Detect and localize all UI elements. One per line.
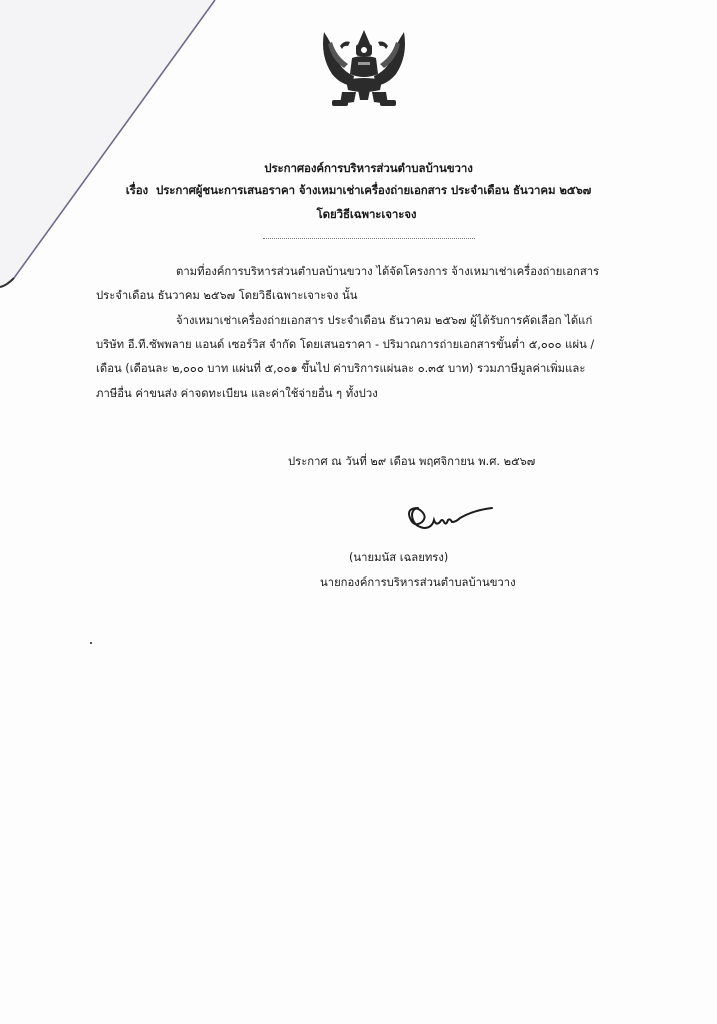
paragraph2-line1: จ้างเหมาเช่าเครื่องถ่ายเอกสาร ประจำเดือน… (176, 311, 592, 329)
garuda-emblem-icon (318, 26, 410, 116)
subject-text: ประกาศผู้ชนะการเสนอราคา จ้างเหมาเช่าเครื… (156, 183, 591, 197)
announcement-date: ประกาศ ณ วันที่ ๒๙ เดือน พฤศจิกายน พ.ศ. … (288, 452, 535, 470)
procurement-method: โดยวิธีเฉพาะเจาะจง (8, 206, 717, 224)
signatory-position: นายกองค์การบริหารส่วนตำบลบ้านขวาง (320, 573, 516, 591)
scan-speck (90, 642, 92, 644)
signatory-name: (นายมนัส เฉลยทรง) (349, 548, 448, 566)
document-page: ประกาศองค์การบริหารส่วนตำบลบ้านขวาง เรื่… (0, 0, 717, 1024)
paragraph1-line2: ประจำเดือน ธันวาคม ๒๕๖๗ โดยวิธีเฉพาะเจาะ… (96, 286, 357, 304)
page-fold-edge (0, 0, 717, 1024)
announcement-subject: เรื่องประกาศผู้ชนะการเสนอราคา จ้างเหมาเช… (0, 182, 717, 200)
paragraph1-line1: ตามที่องค์การบริหารส่วนตำบลบ้านขวาง ได้จ… (176, 262, 599, 280)
paragraph2-line3: เดือน (เดือนละ ๒,๐๐๐ บาท แผ่นที่ ๕,๐๐๑ ข… (96, 359, 585, 377)
paragraph2-line2: บริษัท อี.ที.ซัพพลาย แอนด์ เซอร์วิส จำกั… (96, 335, 594, 353)
dotted-divider (263, 238, 475, 239)
paragraph2-line4: ภาษีอื่น ค่าขนส่ง ค่าจดทะเบียน และค่าใช้… (96, 384, 378, 402)
announcement-title: ประกาศองค์การบริหารส่วนตำบลบ้านขวาง (10, 160, 717, 178)
signature-icon (404, 500, 496, 534)
subject-label: เรื่อง (126, 183, 148, 197)
